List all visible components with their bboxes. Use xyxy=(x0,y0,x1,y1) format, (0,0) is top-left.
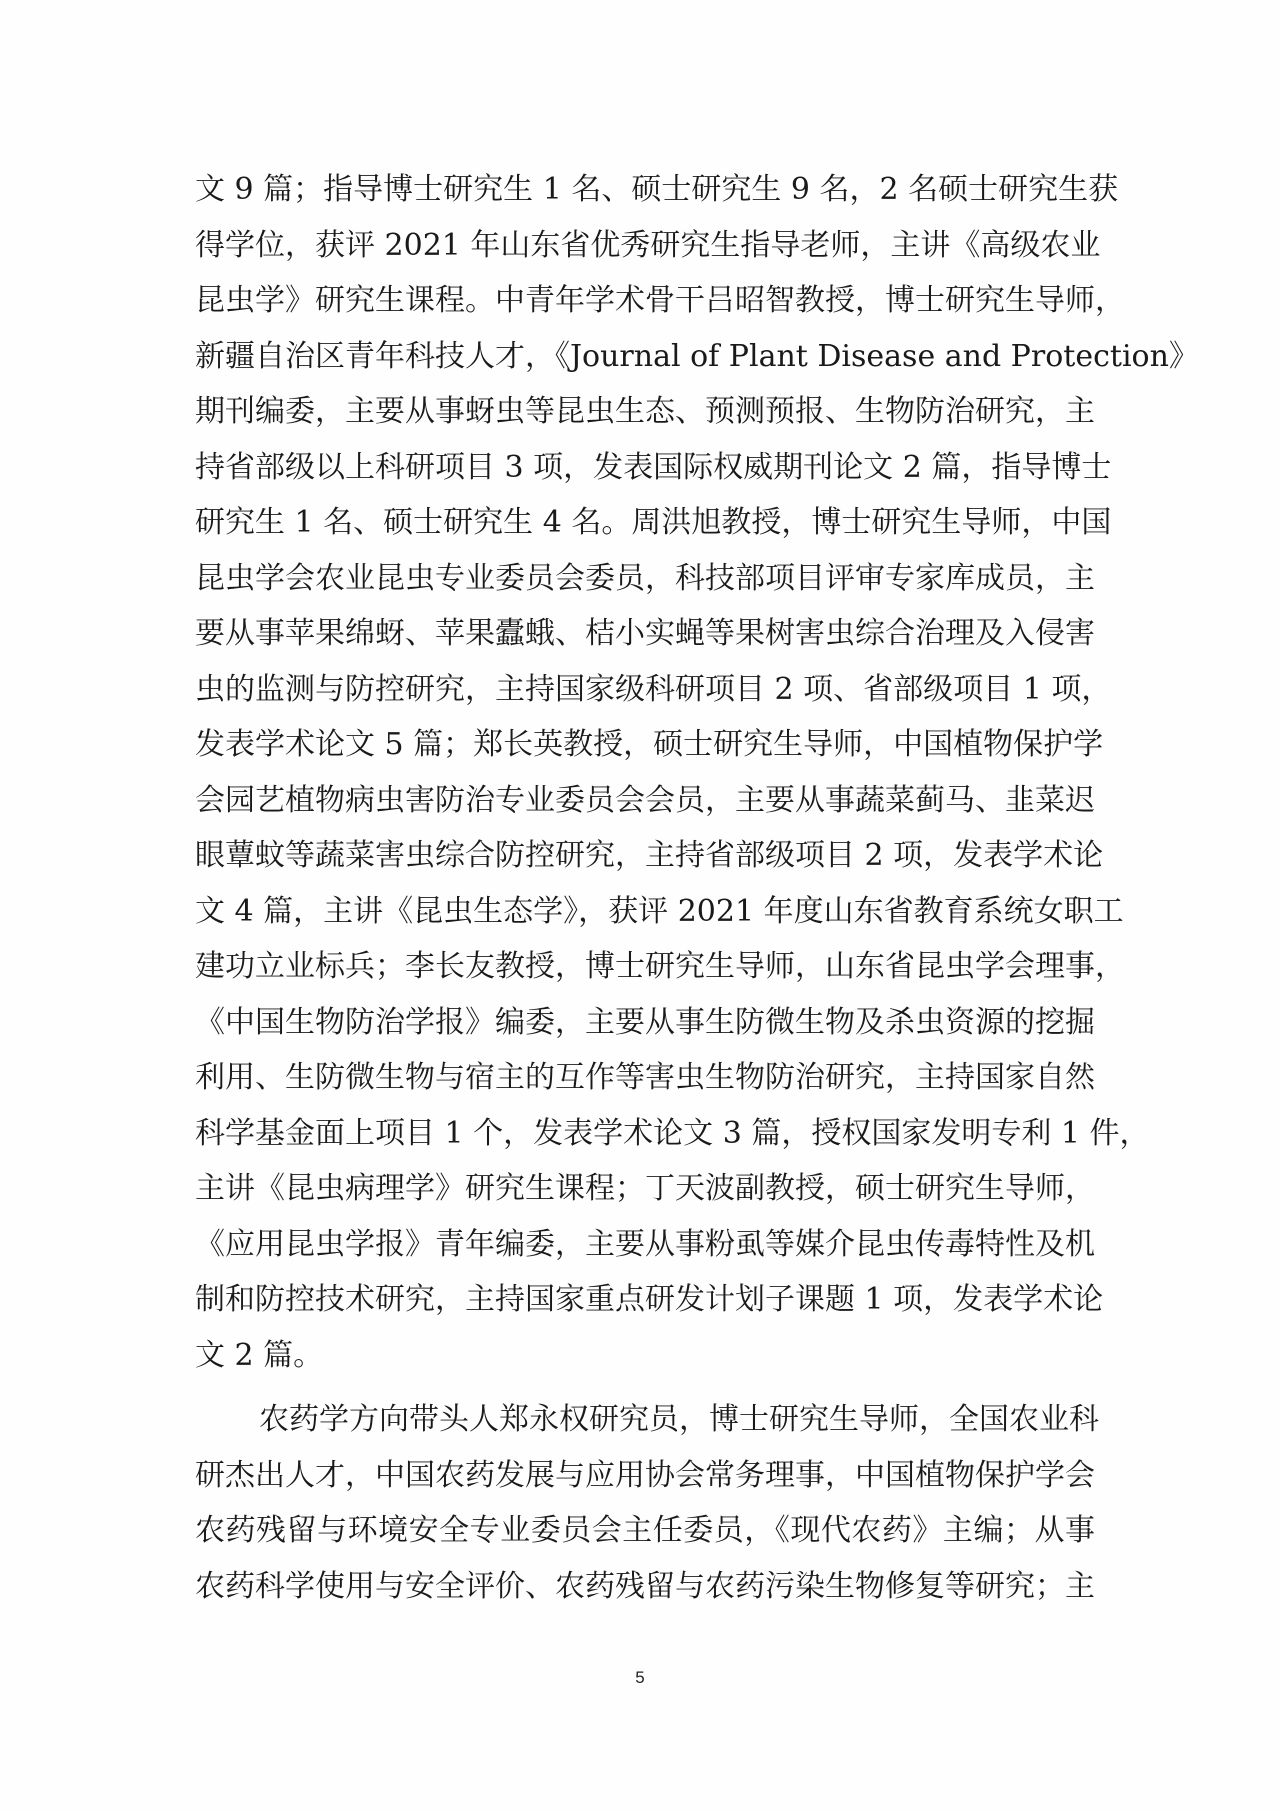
text-line: 得学位，获评 2021 年山东省优秀研究生指导老师，主讲《高级农业 xyxy=(195,224,1095,280)
text-line: 利用、生防微生物与宿主的互作等害虫生物防治研究，主持国家自然 xyxy=(195,1056,1095,1112)
page-number: 5 xyxy=(0,1668,1280,1688)
text-line: 昆虫学》研究生课程。中青年学术骨干吕昭智教授，博士研究生导师， xyxy=(195,279,1095,335)
document-page: 文 9 篇；指导博士研究生 1 名、硕士研究生 9 名，2 名硕士研究生获 得学… xyxy=(0,0,1280,1811)
text-line: 农药科学使用与安全评价、农药残留与农药污染生物修复等研究；主 xyxy=(195,1565,1095,1621)
paragraph-pesticide-science: 农药学方向带头人郑永权研究员，博士研究生导师，全国农业科 研杰出人才，中国农药发… xyxy=(195,1398,1095,1620)
text-line: 新疆自治区青年科技人才，《Journal of Plant Disease an… xyxy=(195,335,1095,391)
text-line: 农药学方向带头人郑永权研究员，博士研究生导师，全国农业科 xyxy=(195,1398,1095,1454)
text-line: 眼蕈蚊等蔬菜害虫综合防控研究，主持省部级项目 2 项，发表学术论 xyxy=(195,834,1095,890)
paragraph-gap xyxy=(195,1389,1095,1398)
text-line: 《应用昆虫学报》青年编委，主要从事粉虱等媒介昆虫传毒特性及机 xyxy=(195,1223,1095,1279)
text-line: 文 9 篇；指导博士研究生 1 名、硕士研究生 9 名，2 名硕士研究生获 xyxy=(195,168,1095,224)
text-line: 发表学术论文 5 篇；郑长英教授，硕士研究生导师，中国植物保护学 xyxy=(195,723,1095,779)
text-line: 文 2 篇。 xyxy=(195,1334,1095,1390)
text-line: 科学基金面上项目 1 个，发表学术论文 3 篇，授权国家发明专利 1 件， xyxy=(195,1112,1095,1168)
text-line: 要从事苹果绵蚜、苹果蠹蛾、桔小实蝇等果树害虫综合治理及入侵害 xyxy=(195,612,1095,668)
text-line: 昆虫学会农业昆虫专业委员会委员，科技部项目评审专家库成员，主 xyxy=(195,557,1095,613)
text-line: 虫的监测与防控研究，主持国家级科研项目 2 项、省部级项目 1 项， xyxy=(195,668,1095,724)
body-text: 文 9 篇；指导博士研究生 1 名、硕士研究生 9 名，2 名硕士研究生获 得学… xyxy=(195,168,1095,1620)
text-line: 建功立业标兵；李长友教授，博士研究生导师，山东省昆虫学会理事， xyxy=(195,945,1095,1001)
text-line: 研杰出人才，中国农药发展与应用协会常务理事，中国植物保护学会 xyxy=(195,1454,1095,1510)
text-line: 会园艺植物病虫害防治专业委员会会员，主要从事蔬菜蓟马、韭菜迟 xyxy=(195,779,1095,835)
paragraph-faculty-entomology: 文 9 篇；指导博士研究生 1 名、硕士研究生 9 名，2 名硕士研究生获 得学… xyxy=(195,168,1095,1389)
text-line: 主讲《昆虫病理学》研究生课程；丁天波副教授，硕士研究生导师， xyxy=(195,1167,1095,1223)
text-line: 期刊编委，主要从事蚜虫等昆虫生态、预测预报、生物防治研究，主 xyxy=(195,390,1095,446)
text-line: 《中国生物防治学报》编委，主要从事生防微生物及杀虫资源的挖掘 xyxy=(195,1001,1095,1057)
text-line: 持省部级以上科研项目 3 项，发表国际权威期刊论文 2 篇，指导博士 xyxy=(195,446,1095,502)
text-line: 农药残留与环境安全专业委员会主任委员，《现代农药》主编；从事 xyxy=(195,1509,1095,1565)
text-line: 文 4 篇，主讲《昆虫生态学》，获评 2021 年度山东省教育系统女职工 xyxy=(195,890,1095,946)
text-line: 研究生 1 名、硕士研究生 4 名。周洪旭教授，博士研究生导师，中国 xyxy=(195,501,1095,557)
text-line: 制和防控技术研究，主持国家重点研发计划子课题 1 项，发表学术论 xyxy=(195,1278,1095,1334)
